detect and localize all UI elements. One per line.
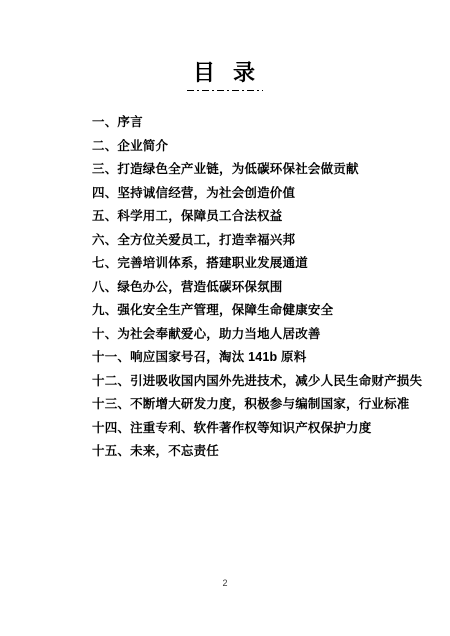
page-number: 2 [0, 577, 450, 589]
toc-item: 十三、不断增大研发力度，积极参与编制国家，行业标准 [92, 393, 430, 417]
toc-item: 三、打造绿色全产业链，为低碳环保社会做贡献 [92, 158, 430, 182]
toc-item: 二、企业简介 [92, 135, 430, 159]
toc-item: 八、绿色办公，营造低碳环保氛围 [92, 276, 430, 300]
toc-item: 六、全方位关爱员工，打造幸福兴邦 [92, 229, 430, 253]
toc-item: 一、序言 [92, 111, 430, 135]
toc-list: 一、序言 二、企业简介 三、打造绿色全产业链，为低碳环保社会做贡献 四、坚持诚信… [92, 111, 430, 464]
toc-item: 十四、注重专利、软件著作权等知识产权保护力度 [92, 417, 430, 441]
toc-item: 九、强化安全生产管理，保障生命健康安全 [92, 299, 430, 323]
toc-item: 四、坚持诚信经营，为社会创造价值 [92, 182, 430, 206]
title-container: 目 录 [0, 56, 450, 91]
toc-item: 七、完善培训体系，搭建职业发展通道 [92, 252, 430, 276]
toc-item: 十二、引进吸收国内国外先进技术，减少人民生命财产损失 [92, 370, 430, 394]
toc-item: 十一、响应国家号召，淘汰 141b 原料 [92, 346, 430, 370]
toc-item: 五、科学用工，保障员工合法权益 [92, 205, 430, 229]
toc-item: 十、为社会奉献爱心，助力当地人居改善 [92, 323, 430, 347]
toc-item: 十五、未来，不忘责任 [92, 440, 430, 464]
page-title: 目 录 [187, 56, 263, 91]
document-page: 目 录 一、序言 二、企业简介 三、打造绿色全产业链，为低碳环保社会做贡献 四、… [0, 0, 450, 636]
